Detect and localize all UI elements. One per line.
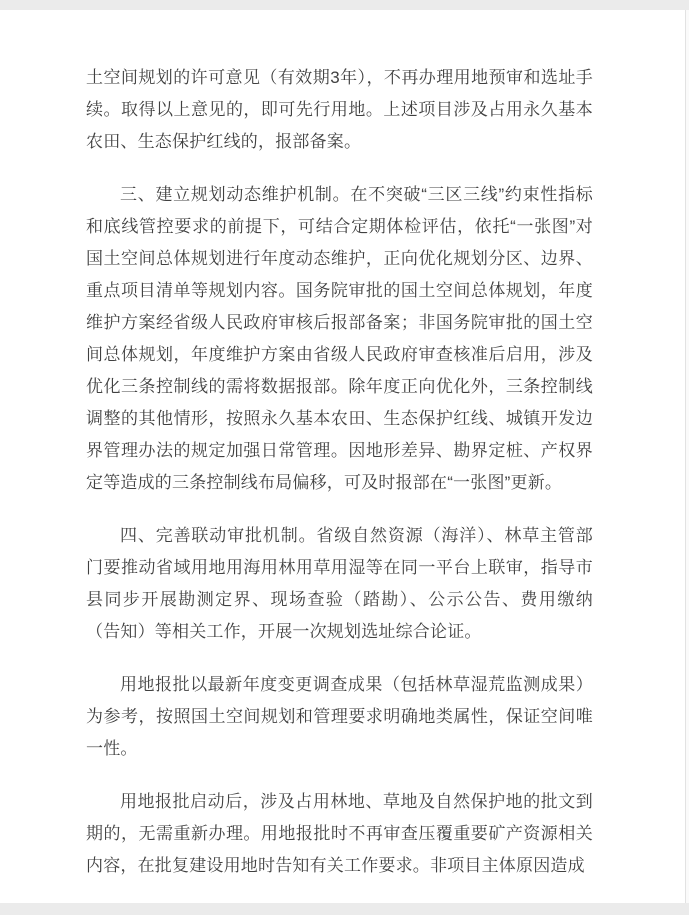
document-viewer: 土空间规划的许可意见（有效期3年），不再办理用地预审和选址手续。取得以上意见的，… [0,0,689,915]
document-paragraph-land-approval: 用地报批启动后，涉及占用林地、草地及自然保护地的批文到期的，无需重新办理。用地报… [86,786,593,882]
document-page: 土空间规划的许可意见（有效期3年），不再办理用地预审和选址手续。取得以上意见的，… [0,10,685,903]
viewer-bottom-gutter [0,903,689,915]
document-paragraph-continued: 土空间规划的许可意见（有效期3年），不再办理用地预审和选址手续。取得以上意见的，… [86,62,593,158]
page-right-edge-line [685,10,686,903]
document-paragraph-section-4: 四、完善联动审批机制。省级自然资源（海洋）、林草主管部门要推动省域用地用海用林用… [86,520,593,648]
viewer-top-gutter [0,0,689,10]
document-text-block: 土空间规划的许可意见（有效期3年），不再办理用地预审和选址手续。取得以上意见的，… [86,62,593,882]
document-paragraph-land-survey: 用地报批以最新年度变更调查成果（包括林草湿荒监测成果）为参考，按照国土空间规划和… [86,669,593,765]
document-paragraph-section-3: 三、建立规划动态维护机制。在不突破“三区三线”约束性指标和底线管控要求的前提下，… [86,179,593,499]
